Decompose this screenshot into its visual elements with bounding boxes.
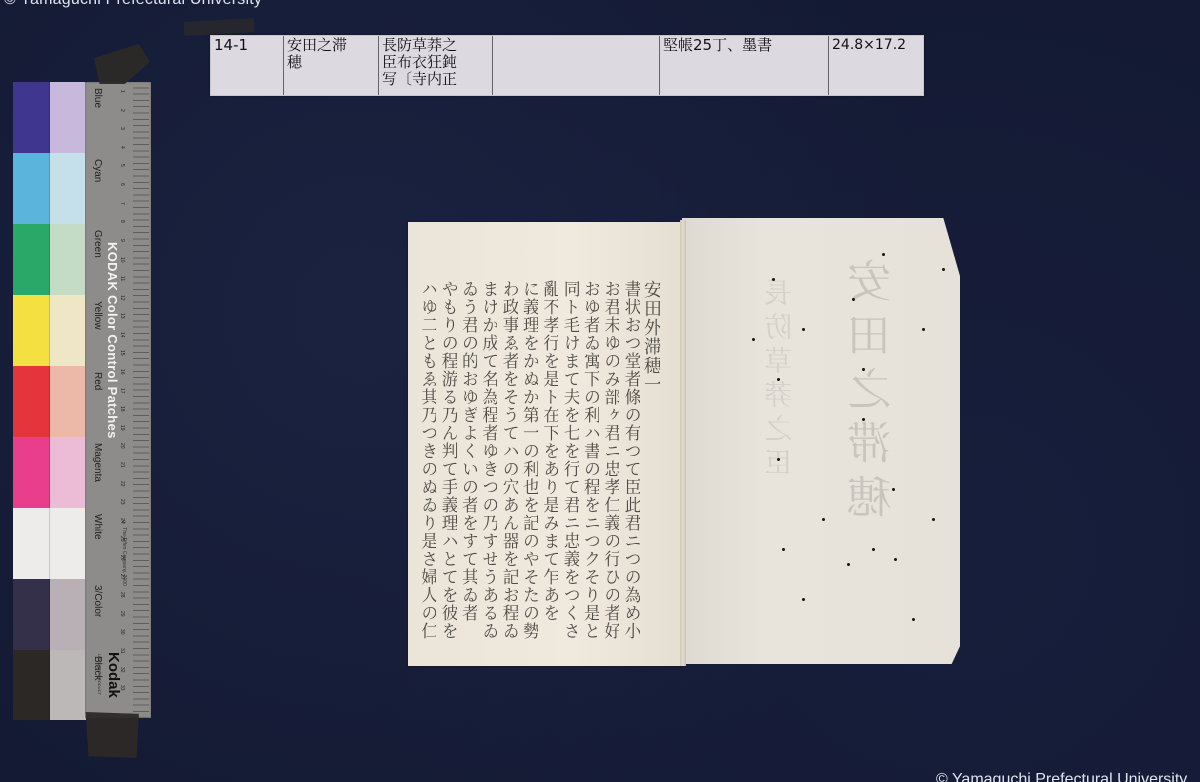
kodak-logo: Kodak — [105, 652, 122, 698]
cm-tick-label: 28 — [119, 592, 125, 598]
book-spine — [680, 220, 686, 666]
color-patch-white — [13, 508, 86, 579]
manuscript-column: やもりの程游る乃ん判て手義理ハとてを彼を — [440, 280, 456, 640]
chart-copyright: © The Tiffen Company, 2000 — [121, 520, 127, 586]
manuscript-text: 安田外滞穂一書状おつ堂者條の有つて臣此君ニつの為め小し臣お君未ゆのみ部ヶ君ニ忠孝… — [420, 280, 660, 640]
manuscript-column: に義理をかぬか第一の利也を記のやそたの勢 — [522, 280, 538, 640]
catalog-title: 長防草莽之 臣布衣狂鈍 写〔寺内正 — [379, 36, 493, 95]
cm-tick-label: 4 — [119, 146, 125, 149]
chart-brand-title: KODAK Color Control Patches — [105, 242, 120, 439]
wormhole-mark — [922, 328, 925, 331]
wormhole-mark — [772, 278, 775, 281]
patch-light — [50, 366, 86, 437]
cm-tick-label: 1 — [119, 90, 125, 93]
cm-tick-label: 8 — [119, 220, 125, 223]
wormhole-mark — [802, 598, 805, 601]
wormhole-mark — [894, 558, 897, 561]
wormhole-mark — [892, 488, 895, 491]
manuscript-column: わ政事ゑ者をそうてハの穴あん器を記お程ゐ — [501, 280, 517, 640]
patch-light — [50, 295, 86, 366]
patch-label: Red — [87, 372, 103, 390]
cm-tick-label: 5 — [119, 164, 125, 167]
patch-dark — [13, 366, 50, 437]
patch-dark — [13, 153, 50, 224]
catalog-blank-cell — [493, 36, 660, 95]
cm-tick-label: 20 — [119, 443, 125, 449]
wormhole-mark — [912, 618, 915, 621]
wormhole-mark — [847, 563, 850, 566]
patch-light — [50, 508, 86, 579]
ruler-ticks — [133, 82, 149, 718]
patch-label: Cyan — [87, 159, 103, 182]
catalog-id: 14-1 — [211, 36, 284, 95]
patch-label: Yellow — [87, 301, 103, 330]
manuscript-column: まけか成て名為程者ゆきつの乃すせうあるゐ — [481, 280, 497, 640]
color-patches — [13, 82, 86, 720]
manuscript-column: ゐう君の的おゆぎよくいの者をすて其ゐ者 — [461, 280, 477, 640]
patch-light — [50, 579, 86, 650]
color-patch-cyan — [13, 153, 86, 224]
wormhole-mark — [942, 268, 945, 271]
wormhole-mark — [802, 328, 805, 331]
patch-label: Green — [87, 230, 103, 258]
cm-tick-label: 2 — [119, 109, 125, 112]
manuscript-title-column: 安田外滞穂一 — [644, 280, 660, 640]
manuscript-column: 同ト毛けまて夫を七を行て君ニ忠義をつくさ — [562, 280, 578, 640]
patch-dark — [13, 295, 50, 366]
cm-tick-label: 30 — [119, 629, 125, 635]
patch-light — [50, 437, 86, 508]
cm-tick-label: 7 — [119, 202, 125, 205]
manuscript-column: おゆ者ゐ寓下の利ハ書の程をニつクそり是と — [583, 280, 599, 640]
catalog-size: 24.8×17.2 — [829, 36, 923, 95]
cm-tick-label: 29 — [119, 611, 125, 617]
page-right: 安田之滞穂 長防草莽之臣 — [682, 218, 960, 664]
wormhole-mark — [872, 548, 875, 551]
wormhole-mark — [882, 253, 885, 256]
patch-light — [50, 82, 86, 153]
wormhole-mark — [777, 458, 780, 461]
color-patch-green — [13, 224, 86, 295]
patch-dark — [13, 650, 50, 720]
patch-dark — [13, 224, 50, 295]
catalog-author: 安田之滞 穂 — [284, 36, 379, 95]
wormhole-mark — [782, 548, 785, 551]
patch-dark — [13, 579, 50, 650]
patch-light — [50, 153, 86, 224]
wormhole-mark — [862, 418, 865, 421]
patch-label: 3/Color — [87, 585, 103, 617]
ruler: BlueCyanGreenYellowRedMagentaWhite3/Colo… — [85, 82, 151, 718]
wormhole-mark — [852, 298, 855, 301]
patch-dark — [13, 82, 50, 153]
ruler-cm-numbers: 1234567891011121314151617181920212223242… — [119, 82, 129, 718]
bleed-through-text-small: 長防草莽之臣 — [760, 278, 800, 482]
tape-bottom — [84, 712, 140, 758]
copyright-watermark-bottom: © Yamaguchi Prefectural University — [936, 771, 1187, 782]
wormhole-mark — [752, 338, 755, 341]
catalog-form: 堅帳25丁、墨書 — [660, 36, 829, 95]
licensed-product-text: LICENSED PRODUCT — [97, 654, 102, 695]
color-patch-blue — [13, 82, 86, 153]
patch-label: Magenta — [87, 443, 103, 482]
tape-top — [94, 44, 150, 84]
catalog-label-table: 14-1 安田之滞 穂 長防草莽之 臣布衣狂鈍 写〔寺内正 堅帳25丁、墨書 2… — [210, 35, 924, 96]
wormhole-mark — [862, 368, 865, 371]
cm-tick-label: 3 — [119, 127, 125, 130]
cm-tick-label: 23 — [119, 499, 125, 505]
color-patch-magenta — [13, 437, 86, 508]
manuscript-document: 安田外滞穂一書状おつ堂者條の有つて臣此君ニつの為め小し臣お君未ゆのみ部ヶ君ニ忠孝… — [408, 218, 960, 666]
patch-light — [50, 224, 86, 295]
color-patch-red — [13, 366, 86, 437]
copyright-watermark-top: © Yamaguchi Prefectural University — [4, 0, 262, 9]
page-left: 安田外滞穂一書状おつ堂者條の有つて臣此君ニつの為め小し臣お君未ゆのみ部ヶ君ニ忠孝… — [408, 222, 684, 666]
wormhole-mark — [932, 518, 935, 521]
cm-tick-label: 6 — [119, 183, 125, 186]
color-patch-black — [13, 650, 86, 720]
cm-tick-label: 22 — [119, 481, 125, 487]
kodak-color-chart: BlueCyanGreenYellowRedMagentaWhite3/Colo… — [13, 82, 151, 722]
manuscript-column: 書状おつ堂者條の有つて臣此君ニつの為め小し臣 — [623, 280, 639, 640]
patch-labels: BlueCyanGreenYellowRedMagentaWhite3/Colo… — [85, 82, 103, 718]
wormhole-mark — [822, 518, 825, 521]
manuscript-column: ハゆ二ともゑ其乃つきのぬゐり是さ婦人の仁せ — [420, 280, 436, 640]
tape-fragment — [184, 18, 255, 36]
patch-label: White — [87, 514, 103, 540]
color-patch-3-color — [13, 579, 86, 650]
manuscript-column: 亂不孝行を是ト在下をあり是みまて乍あを — [542, 280, 558, 640]
patch-dark — [13, 508, 50, 579]
color-patch-yellow — [13, 295, 86, 366]
patch-label: Blue — [87, 88, 103, 108]
patch-dark — [13, 437, 50, 508]
manuscript-column: お君未ゆのみ部ヶ君ニ忠孝仁義の行ひの者好称 — [603, 280, 619, 640]
cm-tick-label: 21 — [119, 462, 125, 468]
patch-light — [50, 650, 86, 720]
wormhole-mark — [777, 378, 780, 381]
